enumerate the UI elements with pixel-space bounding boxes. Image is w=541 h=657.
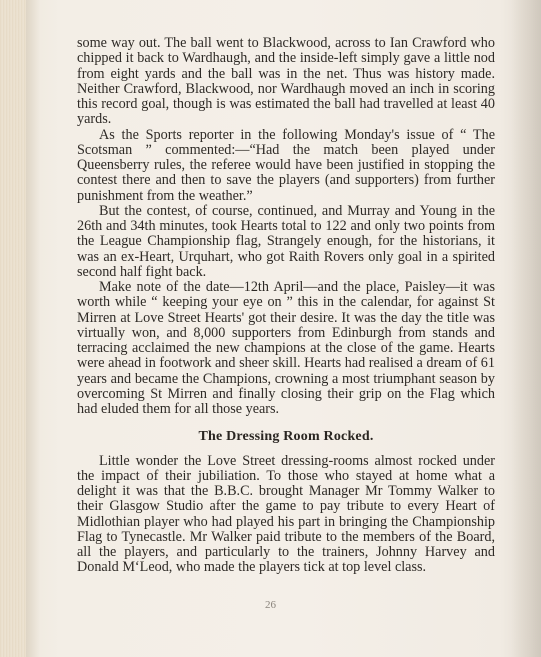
- paragraph-2: As the Sports reporter in the following …: [77, 128, 495, 204]
- section-heading: The Dressing Room Rocked.: [77, 429, 495, 444]
- page-number: 26: [0, 599, 541, 611]
- right-edge-shadow: [511, 0, 541, 657]
- paragraph-5: Little wonder the Love Street dressing-r…: [77, 454, 495, 576]
- paragraph-1: some way out. The ball went to Blackwood…: [77, 36, 495, 128]
- paragraph-3: But the contest, of course, continued, a…: [77, 204, 495, 280]
- gutter-shadow: [26, 0, 40, 657]
- page-edges-stack: [0, 0, 26, 657]
- paragraph-4: Make note of the date—12th April—and the…: [77, 280, 495, 417]
- body-text: some way out. The ball went to Blackwood…: [77, 36, 495, 576]
- book-page: some way out. The ball went to Blackwood…: [0, 0, 541, 657]
